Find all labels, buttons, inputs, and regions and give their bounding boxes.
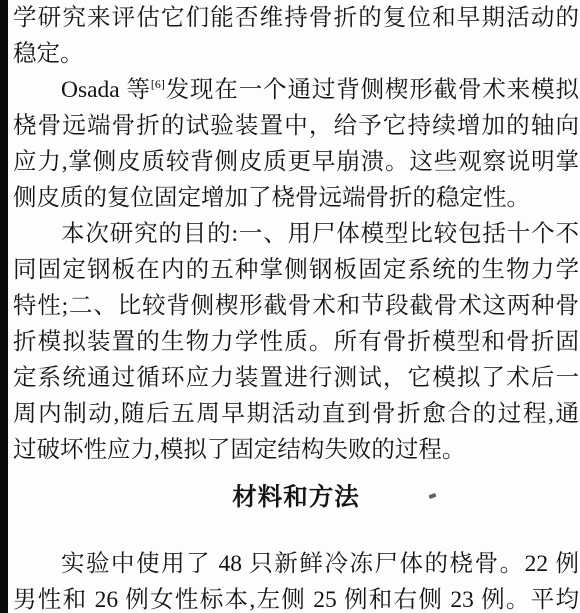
text-line: Osada 等[6]发现在一个通过背侧楔形截骨术来模拟 [13, 72, 579, 108]
text-line: 折模拟装置的生物力学性质。所有骨折模型和骨折固 [13, 324, 579, 360]
section-heading: 材料和方法 [13, 480, 579, 516]
text-line-rest: 发现在一个通过背侧楔形截骨术来模拟 [165, 77, 579, 103]
text-line: 本次研究的目的:一、用尸体模型比较包括十个不 [13, 216, 579, 252]
text-line: 同固定钢板在内的五种掌侧钢板固定系统的生物力学 [13, 252, 579, 288]
text-column: 学研究来评估它们能否维持骨折的复位和早期活动的 稳定。 Osada 等[6]发现… [13, 0, 579, 613]
text-line: 男性和 26 例女性标本,左侧 25 例和右侧 23 例。平均 [13, 582, 579, 613]
scan-edge-bar [0, 0, 8, 613]
text-line: 周内制动,随后五周早期活动直到骨折愈合的过程,通 [13, 396, 579, 432]
text-line: 过破坏性应力,模拟了固定结构失败的过程。 [13, 432, 579, 468]
citation-author: Osada 等 [61, 77, 151, 103]
text-line: 定系统通过循环应力装置进行测试，它模拟了术后一 [13, 360, 579, 396]
text-line: 应力,掌侧皮质较背侧皮质更早崩溃。这些观察说明掌 [13, 144, 579, 180]
text-line: 侧皮质的复位固定增加了桡骨远端骨折的稳定性。 [13, 180, 579, 216]
text-line: 学研究来评估它们能否维持骨折的复位和早期活动的 [13, 0, 579, 36]
text-line: 稳定。 [13, 36, 579, 72]
citation-reference: [6] [151, 77, 165, 91]
text-line: 实验中使用了 48 只新鲜冷冻尸体的桡骨。22 例 [13, 546, 579, 582]
scanned-paper-page: 学研究来评估它们能否维持骨折的复位和早期活动的 稳定。 Osada 等[6]发现… [0, 0, 580, 613]
text-line: 特性;二、比较背侧楔形截骨术和节段截骨术这两种骨 [13, 288, 579, 324]
text-line: 桡骨远端骨折的试验装置中，给予它持续增加的轴向 [13, 108, 579, 144]
